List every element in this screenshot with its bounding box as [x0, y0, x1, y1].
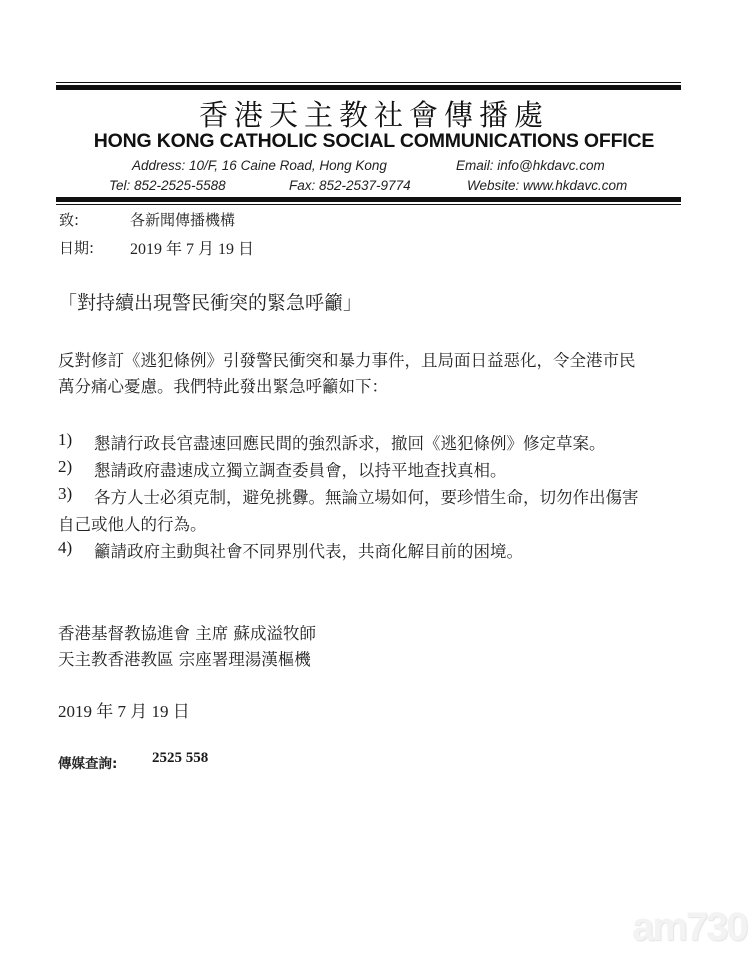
intro-line-2: 萬分痛心憂慮。我們特此發出緊急呼籲如下： [58, 373, 388, 397]
closing-date: 2019 年 7 月 19 日 [58, 697, 190, 722]
watermark-logo: am730 [632, 905, 747, 950]
org-name-en: HONG KONG CATHOLIC SOCIAL COMMUNICATIONS… [0, 130, 748, 153]
document-title: 「對持續出現警民衝突的緊急呼籲」 [58, 288, 362, 315]
date-value: 2019 年 7 月 19 日 [130, 236, 254, 259]
fax: Fax: 852-2537-9774 [289, 178, 411, 193]
tel: Tel: 852-2525-5588 [109, 178, 226, 193]
org-name-zh: 香港天主教社會傳播處 [0, 93, 748, 134]
top-thin-rule [56, 82, 681, 83]
appeal-number: 4) [58, 538, 72, 558]
appeal-text: 懇請行政長官盡速回應民間的強烈訴求，撤回《逃犯條例》修定草案。 [94, 430, 606, 454]
to-value: 各新聞傳播機構 [130, 209, 235, 230]
to-label: 致: [59, 209, 79, 230]
appeal-text-continued: 自己或他人的行為。 [58, 511, 207, 535]
appeal-number: 1) [58, 430, 72, 450]
date-label: 日期: [59, 237, 94, 258]
signatory-line: 香港基督教協進會 主席 蘇成溢牧師 [58, 620, 316, 644]
media-enquiry-label: 傳媒查詢: [58, 752, 117, 772]
bottom-thin-rule [56, 204, 681, 205]
signatory-line: 天主教香港教區 宗座署理湯漢樞機 [58, 646, 311, 670]
intro-line-1: 反對修訂《逃犯條例》引發警民衝突和暴力事件，且局面日益惡化，令全港市民 [58, 347, 636, 371]
media-enquiry-number: 2525 558 [152, 750, 208, 767]
top-thick-rule [56, 85, 681, 90]
address: Address: 10/F, 16 Caine Road, Hong Kong [132, 158, 387, 173]
appeal-number: 2) [58, 457, 72, 477]
bottom-thick-rule [56, 197, 681, 202]
appeal-number: 3) [58, 484, 72, 504]
appeal-text: 懇請政府盡速成立獨立調查委員會，以持平地查找真相。 [94, 457, 507, 481]
email: Email: info@hkdavc.com [456, 158, 605, 173]
appeal-text: 籲請政府主動與社會不同界別代表，共商化解目前的困境。 [94, 538, 523, 562]
website: Website: www.hkdavc.com [467, 178, 627, 193]
appeal-text: 各方人士必須克制，避免挑釁。無論立場如何，要珍惜生命，切勿作出傷害 [94, 484, 639, 508]
